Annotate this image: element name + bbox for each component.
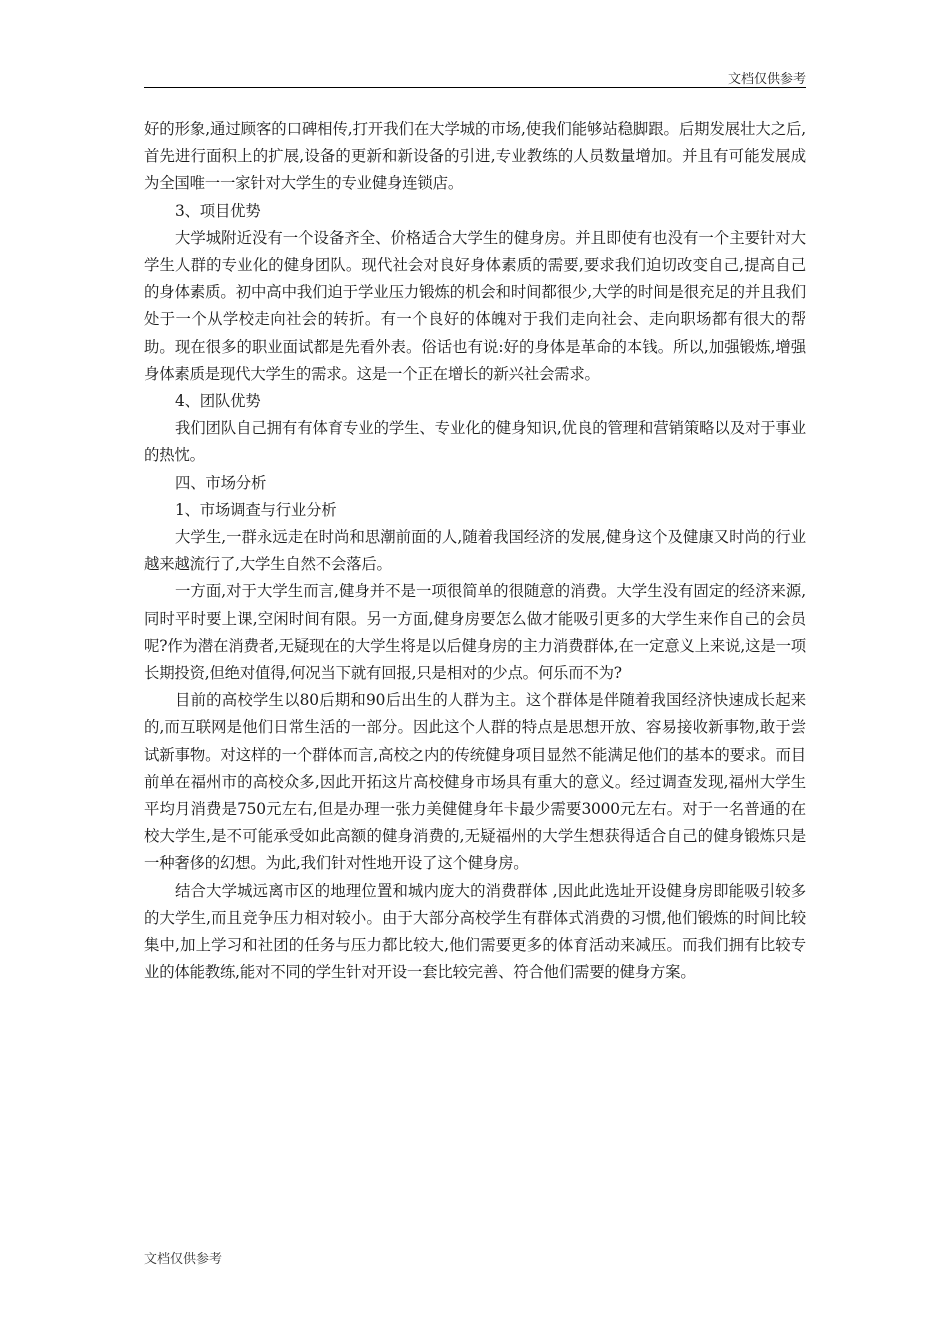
paragraph-project-advantage: 大学城附近没有一个设备齐全、价格适合大学生的健身房。并且即使有也没有一个主要针对…: [144, 225, 806, 388]
footer-watermark-text: 文档仅供参考: [144, 1252, 222, 1267]
page-header: 文档仅供参考: [144, 64, 806, 88]
header-watermark-text: 文档仅供参考: [728, 68, 806, 87]
paragraph-consumption: 一方面,对于大学生而言,健身并不是一项很简单的很随意的消费。大学生没有固定的经济…: [144, 578, 806, 687]
paragraph-location: 结合大学城远离市区的地理位置和城内庞大的消费群体 ,因此此选址开设健身房即能吸引…: [144, 878, 806, 987]
heading-project-advantage: 3、项目优势: [144, 198, 806, 225]
heading-team-advantage: 4、团队优势: [144, 388, 806, 415]
page-footer: 文档仅供参考: [144, 1248, 222, 1267]
heading-market-research: 1、市场调查与行业分析: [144, 497, 806, 524]
paragraph-students-trend: 大学生,一群永远走在时尚和思潮前面的人,随着我国经济的发展,健身这个及健康又时尚…: [144, 524, 806, 578]
paragraph-target-group: 目前的高校学生以80后期和90后出生的人群为主。这个群体是伴随着我国经济快速成长…: [144, 687, 806, 877]
heading-market-analysis: 四、市场分析: [144, 470, 806, 497]
paragraph-team-advantage: 我们团队自己拥有有体育专业的学生、专业化的健身知识,优良的管理和营销策略以及对于…: [144, 415, 806, 469]
paragraph-continuation: 好的形象,通过顾客的口碑相传,打开我们在大学城的市场,使我们能够站稳脚跟。后期发…: [144, 116, 806, 198]
document-body: 好的形象,通过顾客的口碑相传,打开我们在大学城的市场,使我们能够站稳脚跟。后期发…: [144, 116, 806, 987]
